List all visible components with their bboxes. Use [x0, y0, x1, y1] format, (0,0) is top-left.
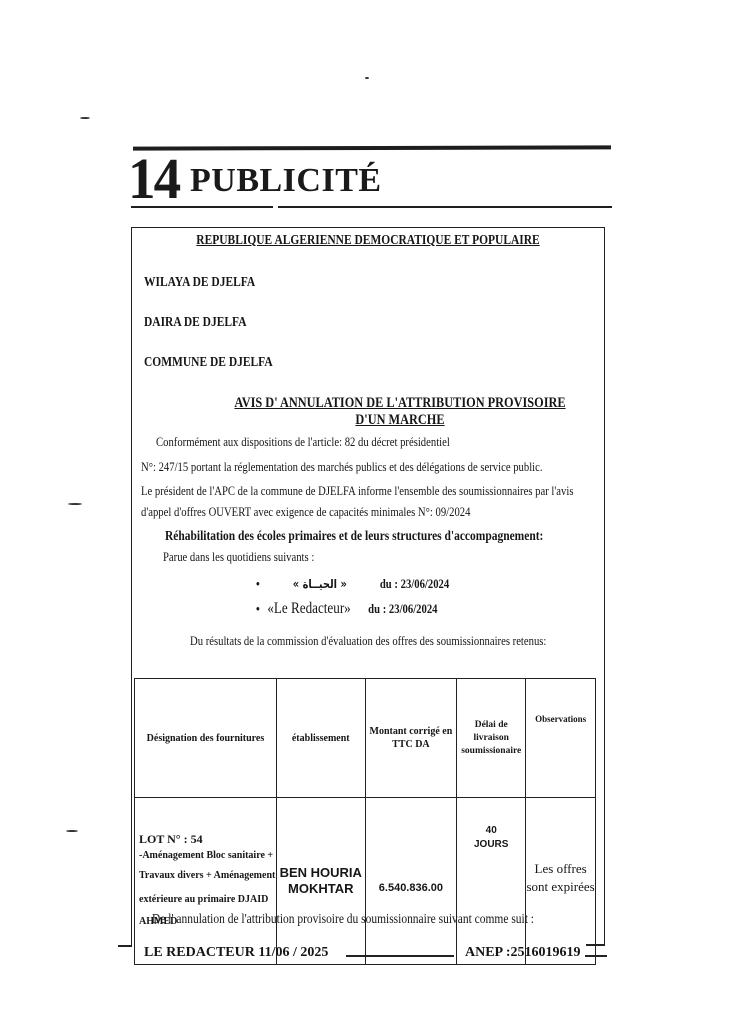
- designation-line: -Aménagement Bloc sanitaire +: [139, 849, 276, 863]
- daira-label: DAIRA DE DJELFA: [144, 315, 246, 331]
- wilaya-label: WILAYA DE DJELFA: [144, 275, 255, 291]
- page-number: 14: [128, 150, 179, 208]
- table-row: LOT N° : 54 -Aménagement Bloc sanitaire …: [135, 798, 596, 965]
- newspaper-item-1: • « الحيــاة » du : 23/06/2024: [256, 576, 449, 592]
- header-bottom-rule-left: [131, 206, 273, 208]
- project-title: Réhabilitation des écoles primaires et d…: [165, 529, 543, 545]
- publication-date: 23/06/2024: [389, 601, 438, 616]
- footer-frame-bottom-right: [586, 944, 604, 946]
- notice-title-line1: AVIS D' ANNULATION DE L'ATTRIBUTION PROV…: [203, 395, 597, 412]
- scan-mark: [68, 503, 82, 505]
- observation-line2: sont expirées: [526, 878, 595, 896]
- published-in-label: Parue dans les quotidiens suivants :: [163, 549, 314, 565]
- header-etablissement: établissement: [276, 679, 365, 798]
- delai-value: 40: [457, 824, 525, 838]
- scan-mark: [66, 830, 78, 832]
- notice-title-line2: D'UN MARCHE: [203, 412, 597, 429]
- bullet-icon: •: [256, 576, 260, 591]
- paragraph-president-2: d'appel d'offres OUVERT avec exigence de…: [141, 504, 470, 520]
- observation-line1: Les offres: [526, 860, 595, 878]
- closing-statement: De l' annulation de l'attribution provis…: [152, 912, 534, 928]
- designation-line: extérieure au primaire DJAID: [139, 889, 276, 911]
- cell-observations: Les offres sont expirées: [526, 798, 596, 965]
- cell-designation: LOT N° : 54 -Aménagement Bloc sanitaire …: [135, 798, 277, 965]
- date-label: du :: [380, 576, 398, 591]
- designation-line: Travaux divers + Aménagement: [139, 863, 276, 889]
- company-name-line1: BEN HOURIA: [277, 865, 365, 881]
- cell-etablissement: BEN HOURIA MOKHTAR: [276, 798, 365, 965]
- lot-number: LOT N° : 54: [139, 829, 276, 849]
- table-header-row: Désignation des fournitures établissemen…: [135, 679, 596, 798]
- footer-rule-middle: [346, 955, 454, 957]
- cell-delai: 40 JOURS: [457, 798, 526, 965]
- header-montant: Montant corrigé en TTC DA: [365, 679, 457, 798]
- commune-label: COMMUNE DE DJELFA: [144, 355, 273, 371]
- footer-anep: ANEP :2516019619: [465, 945, 581, 961]
- newspaper-name: « الحيــاة »: [262, 577, 377, 591]
- footer-rule-left: [118, 945, 132, 947]
- footer-publication: LE REDACTEUR 11/06 / 2025: [144, 945, 328, 961]
- publication-date: 23/06/2024: [401, 576, 450, 591]
- bullet-icon: •: [256, 601, 260, 616]
- scan-mark: [80, 117, 90, 119]
- scan-mark: [365, 77, 369, 79]
- company-name-line2: MOKHTAR: [277, 881, 365, 897]
- header-delai: Délai de livraison soumissionaire: [457, 679, 526, 798]
- header-observations: Observations: [526, 679, 596, 798]
- cell-montant: 6.540.836.00: [365, 798, 457, 965]
- delai-unit: JOURS: [457, 838, 525, 852]
- results-intro: Du résultats de la commission d'évaluati…: [190, 633, 546, 649]
- header-bottom-rule-right: [278, 206, 612, 208]
- header-designation: Désignation des fournitures: [135, 679, 277, 798]
- paragraph-president-1: Le président de l'APC de la commune de D…: [141, 483, 573, 499]
- paragraph-legal-ref-2: N°: 247/15 portant la réglementation des…: [141, 459, 543, 475]
- header-top-rule: [133, 145, 611, 150]
- newspaper-item-2: • «Le Redacteur» du : 23/06/2024: [256, 600, 437, 618]
- republic-heading: REPUBLIQUE ALGERIENNE DEMOCRATIQUE ET PO…: [174, 233, 563, 249]
- paragraph-legal-ref-1: Conformément aux dispositions de l'artic…: [156, 434, 450, 450]
- section-title: PUBLICITÉ: [190, 162, 382, 200]
- date-label: du :: [368, 601, 386, 616]
- newspaper-name: «Le Redacteur»: [262, 600, 365, 617]
- footer-rule-right: [585, 955, 607, 957]
